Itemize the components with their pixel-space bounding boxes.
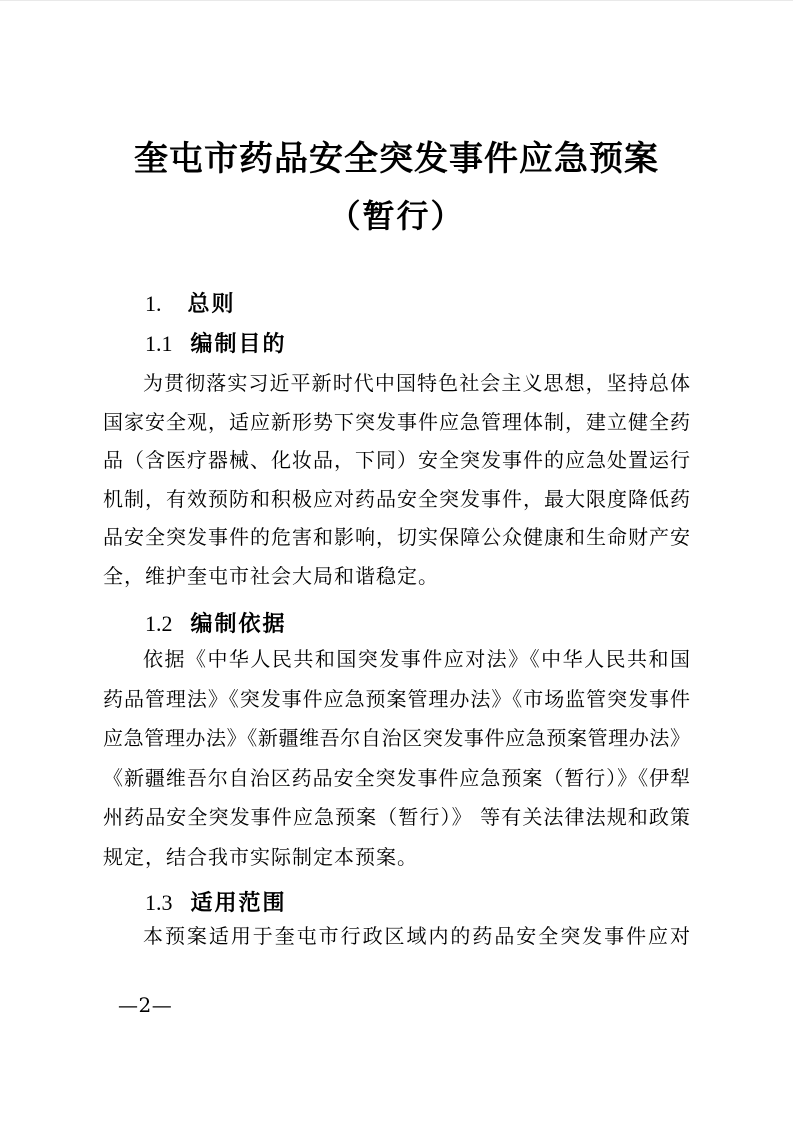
page-number: —2—: [118, 994, 172, 1016]
paragraph-1-3: 本预案适用于奎屯市行政区域内的药品安全突发事件应对: [103, 917, 690, 956]
body-line: 本预案适用于奎屯市行政区域内的药品安全突发事件应对: [103, 917, 690, 956]
paragraph-1-2: 依据《中华人民共和国突发事件应对法》《中华人民共和国 药品管理法》《突发事件应急…: [103, 640, 690, 878]
body-line: 国家安全观，适应新形势下突发事件应急管理体制，建立健全药: [103, 403, 690, 442]
body-line: 应急管理办法》《新疆维吾尔自治区突发事件应急预案管理办法》: [103, 719, 690, 759]
body-line: 《新疆维吾尔自治区药品安全突发事件应急预案（暂行）》《伊犁: [103, 759, 690, 799]
section-number: 1.1: [145, 331, 173, 356]
body-line: 依据《中华人民共和国突发事件应对法》《中华人民共和国: [103, 640, 690, 680]
body-line: 州药品安全突发事件应急预案（暂行）》 等有关法律法规和政策: [103, 798, 690, 838]
section-heading-label: 编制依据: [191, 611, 287, 636]
document-subtitle: （暂行）: [0, 197, 793, 235]
document-title: 奎屯市药品安全突发事件应急预案: [0, 139, 793, 180]
body-line: 药品管理法》《突发事件应急预案管理办法》《市场监管突发事件: [103, 680, 690, 720]
section-heading-label: 适用范围: [191, 890, 287, 915]
section-number: 1.: [145, 291, 162, 316]
section-heading-compilation-basis: 1.2编制依据: [145, 611, 287, 637]
section-heading-label: 总则: [188, 291, 236, 316]
body-line: 规定，结合我市实际制定本预案。: [103, 838, 690, 878]
body-line: 全，维护奎屯市社会大局和谐稳定。: [103, 557, 690, 596]
document-page: 奎屯市药品安全突发事件应急预案 （暂行） 1.总则 1.1编制目的 为贯彻落实习…: [0, 0, 793, 1122]
paragraph-1-1: 为贯彻落实习近平新时代中国特色社会主义思想，坚持总体 国家安全观，适应新形势下突…: [103, 364, 690, 596]
body-line: 机制，有效预防和积极应对药品安全突发事件，最大限度降低药: [103, 480, 690, 519]
section-number: 1.2: [145, 611, 173, 636]
section-number: 1.3: [145, 890, 173, 915]
body-line: 品安全突发事件的危害和影响，切实保障公众健康和生命财产安: [103, 518, 690, 557]
section-heading-label: 编制目的: [191, 331, 287, 356]
section-heading-scope-of-application: 1.3适用范围: [145, 890, 287, 916]
body-line: 为贯彻落实习近平新时代中国特色社会主义思想，坚持总体: [103, 364, 690, 403]
section-heading-general-provisions: 1.总则: [145, 291, 236, 317]
body-line: 品（含医疗器械、化妆品，下同）安全突发事件的应急处置运行: [103, 441, 690, 480]
section-heading-compilation-purpose: 1.1编制目的: [145, 331, 287, 357]
